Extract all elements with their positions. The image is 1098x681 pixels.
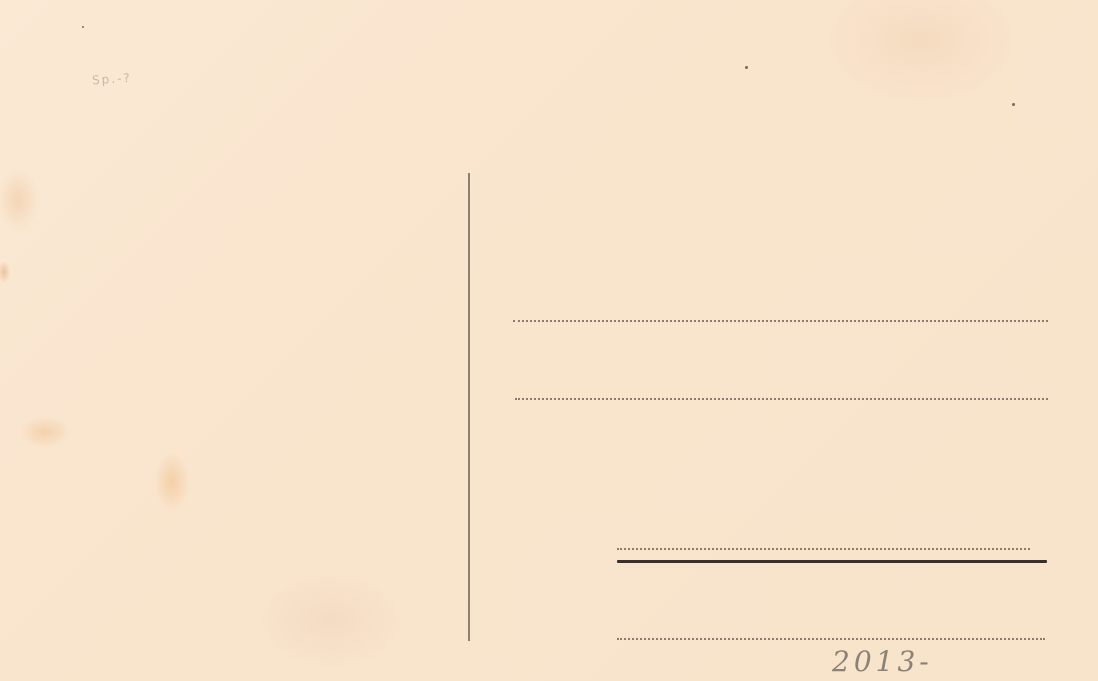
message-address-divider [468, 173, 470, 641]
paper-speck [82, 26, 84, 28]
postcard-back: Sp.-? 2013- [0, 0, 1098, 681]
address-line-1 [513, 320, 1048, 322]
corner-pencil-mark: Sp.-? [92, 71, 133, 88]
address-line-2 [515, 398, 1048, 400]
address-underline-solid [617, 560, 1047, 563]
handwritten-note: 2013- [832, 645, 933, 678]
address-line-3 [617, 548, 1030, 550]
paper-speck [745, 66, 748, 69]
address-line-4 [617, 638, 1045, 640]
paper-speck [1012, 103, 1015, 106]
